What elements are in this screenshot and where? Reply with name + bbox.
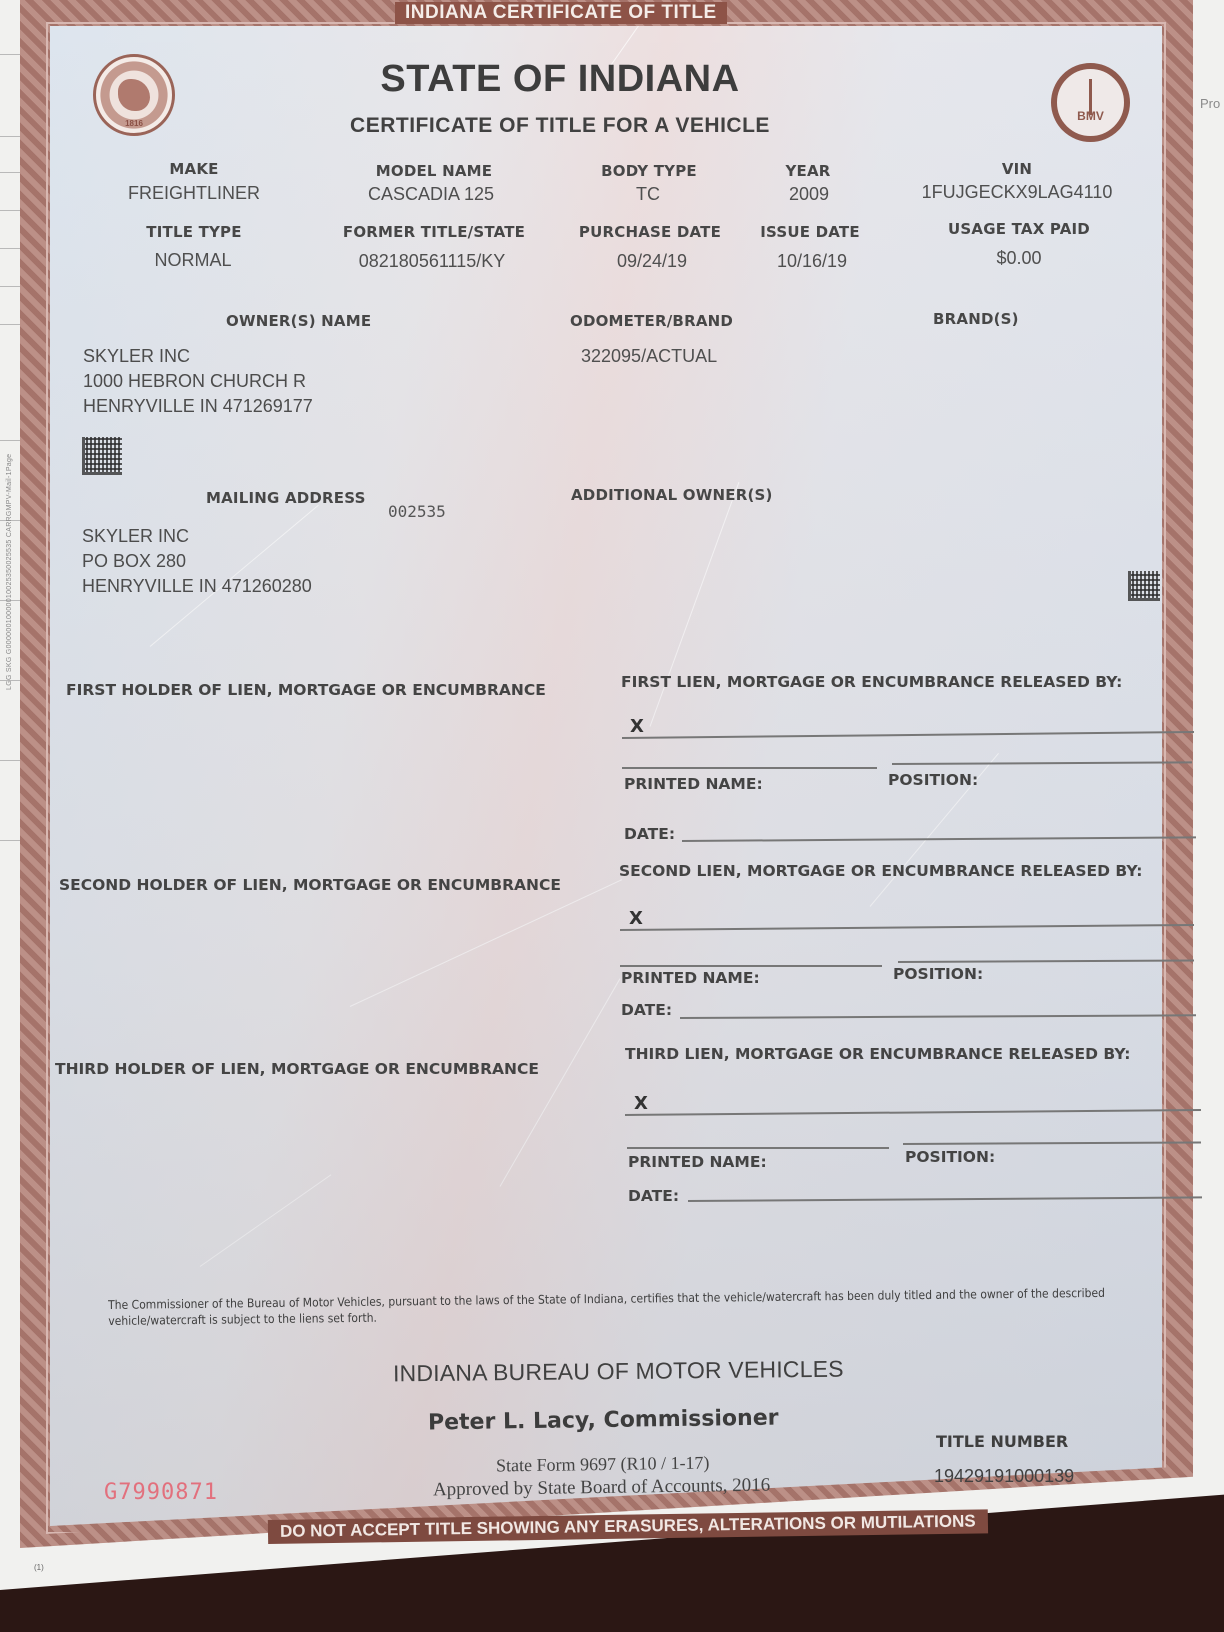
first-lien-printed-name-label: PRINTED NAME: (624, 775, 763, 793)
mailing-line: SKYLER INC (82, 524, 312, 549)
first-lien-released-label: FIRST LIEN, MORTGAGE OR ENCUMBRANCE RELE… (621, 673, 1122, 691)
first-lien-date-label: DATE: (624, 825, 675, 843)
second-lien-holder-label: SECOND HOLDER OF LIEN, MORTGAGE OR ENCUM… (59, 876, 561, 894)
make-value: FREIGHTLINER (128, 183, 260, 204)
body-type-value: TC (636, 184, 660, 205)
usage-tax-label: USAGE TAX PAID (948, 220, 1090, 238)
owner-line: HENRYVILLE IN 471269177 (83, 394, 313, 419)
document-title: STATE OF INDIANA (300, 58, 820, 101)
title-type-value: NORMAL (154, 250, 231, 271)
issue-date-label: ISSUE DATE (760, 223, 860, 241)
agency-name: INDIANA BUREAU OF MOTOR VEHICLES (393, 1356, 844, 1388)
additional-owners-label: ADDITIONAL OWNER(S) (571, 486, 773, 504)
third-lien-released-label: THIRD LIEN, MORTGAGE OR ENCUMBRANCE RELE… (625, 1045, 1130, 1063)
mailing-line: HENRYVILLE IN 471260280 (82, 574, 312, 599)
owner-line: 1000 HEBRON CHURCH R (83, 369, 313, 394)
owner-line: SKYLER INC (83, 344, 313, 369)
second-lien-sign-mark: X (629, 908, 643, 929)
control-number: G7990871 (104, 1480, 218, 1505)
approval-note: Approved by State Board of Accounts, 201… (433, 1475, 770, 1502)
third-lien-position-label: POSITION: (905, 1148, 995, 1166)
commissioner-name: Peter L. Lacy, Commissioner (428, 1406, 779, 1436)
brands-label: BRAND(S) (933, 310, 1019, 328)
bmv-seal-icon: BMV (1051, 63, 1130, 142)
third-lien-holder-label: THIRD HOLDER OF LIEN, MORTGAGE OR ENCUMB… (55, 1060, 539, 1078)
year-value: 2009 (789, 184, 829, 205)
vin-value: 1FUJGECKX9LAG4110 (922, 182, 1113, 203)
mailing-sequence: 002535 (388, 502, 446, 521)
second-lien-printed-name-line[interactable] (620, 965, 882, 967)
bmv-seal-text: BMV (1057, 109, 1124, 123)
state-form-number: State Form 9697 (R10 / 1-17) (496, 1453, 710, 1477)
state-seal-icon: 1816 (93, 54, 175, 136)
mailing-label: MAILING ADDRESS (206, 489, 366, 507)
datamatrix-barcode-icon (82, 437, 122, 475)
datamatrix-barcode-icon (1128, 571, 1160, 601)
header-banner: INDIANA CERTIFICATE OF TITLE (395, 2, 727, 24)
first-lien-sign-mark: X (630, 716, 644, 737)
mailing-line: PO BOX 280 (82, 549, 312, 574)
body-type-label: BODY TYPE (601, 162, 697, 180)
owner-label: OWNER(S) NAME (226, 312, 371, 330)
make-label: MAKE (169, 160, 218, 178)
odometer-label: ODOMETER/BRAND (570, 312, 733, 330)
mailing-address: SKYLER INC PO BOX 280 HENRYVILLE IN 4712… (82, 524, 312, 599)
seal-year: 1816 (96, 119, 172, 128)
usage-tax-value: $0.00 (996, 248, 1041, 269)
former-title-label: FORMER TITLE/STATE (343, 223, 525, 241)
purchase-date-value: 09/24/19 (617, 251, 687, 272)
odometer-value: 322095/ACTUAL (581, 346, 717, 367)
third-lien-printed-name-label: PRINTED NAME: (628, 1153, 767, 1171)
underlying-paper-text: Pro (1200, 96, 1220, 111)
third-lien-date-label: DATE: (628, 1187, 679, 1205)
third-lien-printed-name-line[interactable] (627, 1147, 889, 1149)
year-label: YEAR (785, 162, 830, 180)
former-title-value: 082180561115/KY (359, 251, 505, 272)
vin-label: VIN (1002, 160, 1032, 178)
corner-mark: (1) (34, 1563, 44, 1572)
second-lien-printed-name-label: PRINTED NAME: (621, 969, 760, 987)
document-subtitle: CERTIFICATE OF TITLE FOR A VEHICLE (300, 114, 820, 138)
title-number-label: TITLE NUMBER (936, 1432, 1068, 1451)
first-lien-position-label: POSITION: (888, 771, 978, 789)
issue-date-value: 10/16/19 (777, 251, 847, 272)
model-name-value: CASCADIA 125 (368, 184, 494, 205)
second-lien-date-label: DATE: (621, 1001, 672, 1019)
title-type-label: TITLE TYPE (146, 223, 241, 241)
first-lien-holder-label: FIRST HOLDER OF LIEN, MORTGAGE OR ENCUMB… (66, 681, 546, 699)
second-lien-released-label: SECOND LIEN, MORTGAGE OR ENCUMBRANCE REL… (619, 862, 1142, 880)
margin-mail-code: LGG SKG G00000010000010025350025535 CARR… (6, 454, 13, 690)
second-lien-position-label: POSITION: (893, 965, 983, 983)
owner-address: SKYLER INC 1000 HEBRON CHURCH R HENRYVIL… (83, 344, 313, 419)
first-lien-printed-name-line[interactable] (622, 767, 877, 769)
model-name-label: MODEL NAME (376, 162, 493, 180)
title-number-value: 19429191000139 (934, 1466, 1074, 1487)
purchase-date-label: PURCHASE DATE (579, 223, 721, 241)
third-lien-sign-mark: X (634, 1093, 648, 1114)
